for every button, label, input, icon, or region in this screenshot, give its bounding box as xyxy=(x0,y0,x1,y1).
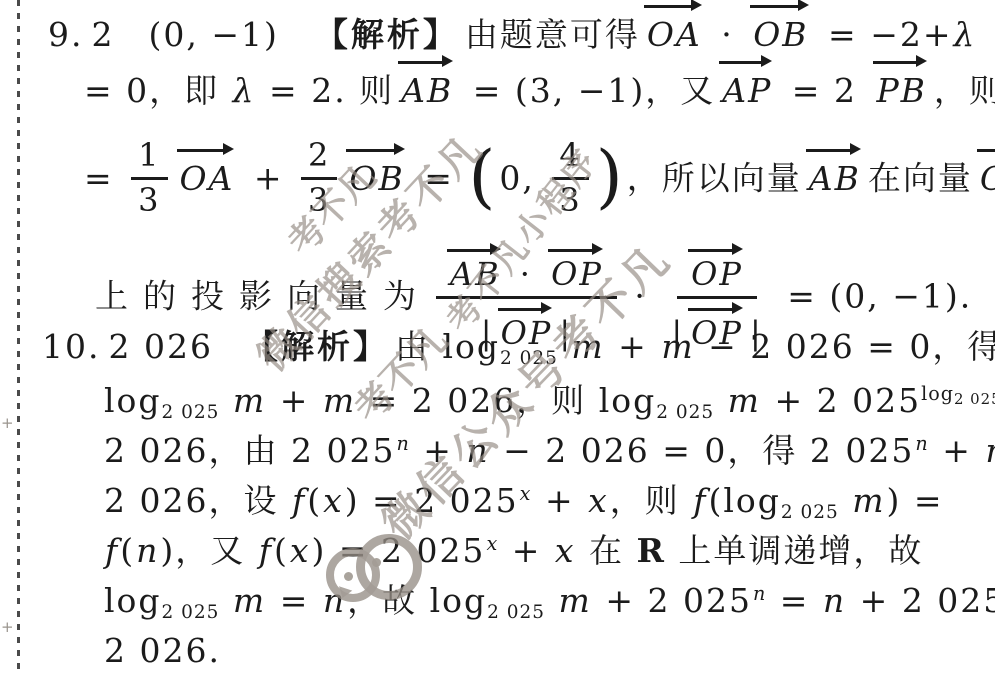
math-line-problem9-1: 9.2(0, −1)【解析】由题意可得OA · OB = −2+λ xyxy=(48,14,977,55)
math-line-problem10-4: 2 026，设 f(x) = 2 025x + x，则 f(log2 025 m… xyxy=(104,480,944,524)
math-line-problem10-5: f(n)，又 f(x) = 2 025x + x 在 R 上单调递增，故 xyxy=(104,530,923,571)
margin-divider xyxy=(17,0,20,675)
math-line-problem10-7: 2 026. xyxy=(104,630,221,671)
math-line-problem10-3: 2 026，由 2 025n + n − 2 026 = 0，得 2 025n … xyxy=(104,430,995,471)
edge-registration-mark: + xyxy=(1,414,14,432)
edge-registration-mark: + xyxy=(1,618,14,636)
math-line-problem10-2: log2 025 m + m = 2 026，则 log2 025 m + 2 … xyxy=(104,380,995,424)
math-line-problem10-6: log2 025 m = n，故 log2 025 m + 2 025n = n… xyxy=(104,580,995,624)
math-line-problem9-3: = 13OA + 23OB = (0, 43)，所以向量AB在向量OP xyxy=(84,140,995,221)
math-line-problem9-2: = 0，即 λ = 2. 则AB = (3, −1)，又AP = 2 PB，则O… xyxy=(84,70,995,111)
answer-sheet-page: + + 9.2(0, −1)【解析】由题意可得OA · OB = −2+λ = … xyxy=(0,0,995,675)
math-line-problem10-1: 10.2 026【解析】由 log2 025 m + m − 2 026 = 0… xyxy=(42,326,995,370)
